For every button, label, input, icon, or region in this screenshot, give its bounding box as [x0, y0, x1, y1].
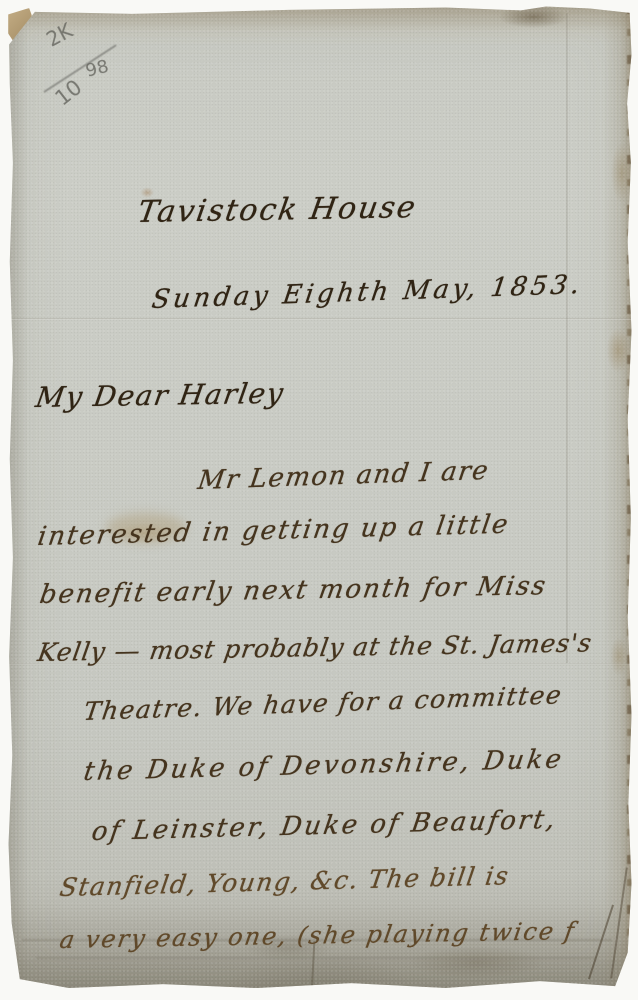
bottom-streak [36, 957, 596, 959]
letter-heading: Tavistock House [135, 190, 419, 230]
pencil-inscription-mark1: 2K [42, 18, 76, 51]
letter-dateline: Sunday Eighth May, 1853. [150, 270, 585, 315]
letter-body-line: of Leinster, Duke of Beaufort, [90, 805, 560, 847]
letter-body-line: Stanfield, Young, &c. The bill is [58, 861, 512, 902]
pencil-inscription-mark2: 10 [51, 75, 87, 110]
letter-paper: 2K 10 98 Tavistock House Sunday Eighth M… [6, 5, 634, 992]
rough-right-edge [627, 5, 634, 992]
letter-body-line: the Duke of Devonshire, Duke [82, 744, 567, 787]
letter-body-line: Theatre. We have for a committee [82, 680, 564, 726]
letter-body-line: benefit early next month for Miss [38, 571, 550, 610]
letter-body-line: Kelly — most probably at the St. James's [36, 628, 595, 667]
letter-body-line: Mr Lemon and I are [196, 456, 491, 496]
letter-body-line: interested in getting up a little [36, 510, 512, 552]
paper-crack [610, 867, 628, 978]
letter-body-line: a very easy one, (she playing twice f [58, 917, 578, 954]
letter-salutation: My Dear Harley [33, 377, 286, 414]
pencil-inscription-mark3: 98 [83, 56, 110, 82]
fold-crease-upper [6, 318, 634, 320]
vertical-crease [566, 13, 568, 663]
paper-crack [588, 905, 614, 980]
scanned-letter-photo: 2K 10 98 Tavistock House Sunday Eighth M… [0, 0, 638, 1000]
